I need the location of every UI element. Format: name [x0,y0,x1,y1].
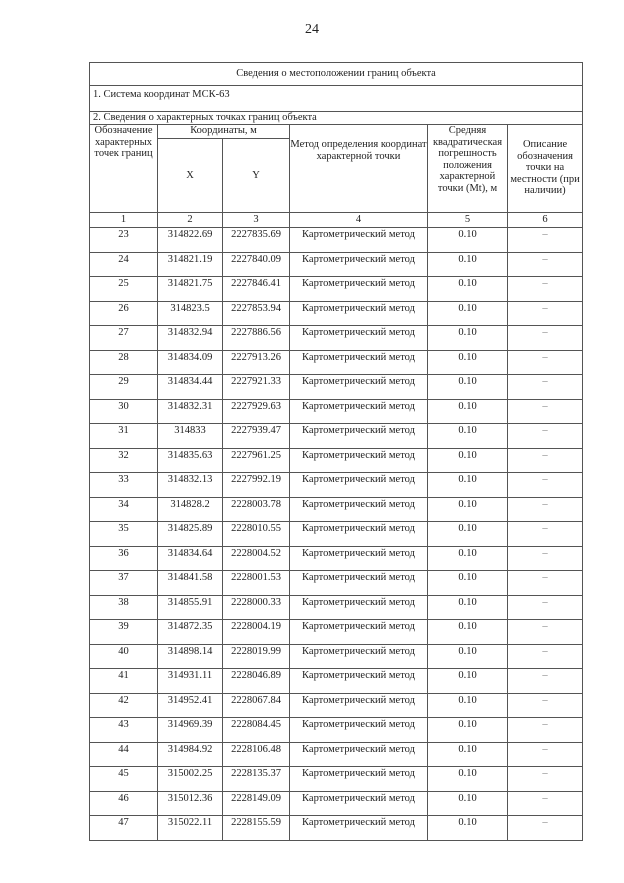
header-x: X [158,139,223,213]
description: – [508,301,583,326]
point-id: 23 [90,228,158,253]
description: – [508,767,583,792]
point-id: 27 [90,326,158,351]
description: – [508,571,583,596]
x-coordinate: 314835.63 [158,448,223,473]
method: Картометрический метод [290,301,428,326]
method: Картометрический метод [290,816,428,841]
table-row: 34314828.22228003.78Картометрический мет… [90,497,583,522]
mean-error: 0.10 [428,718,508,743]
mean-error: 0.10 [428,571,508,596]
method: Картометрический метод [290,252,428,277]
y-coordinate: 2228106.48 [223,742,290,767]
description: – [508,546,583,571]
point-id: 42 [90,693,158,718]
point-id: 47 [90,816,158,841]
table-row: 38314855.912228000.33Картометрический ме… [90,595,583,620]
y-coordinate: 2227939.47 [223,424,290,449]
description: – [508,595,583,620]
description: – [508,693,583,718]
y-coordinate: 2228046.89 [223,669,290,694]
x-coordinate: 315002.25 [158,767,223,792]
method: Картометрический метод [290,473,428,498]
method: Картометрический метод [290,497,428,522]
boundary-points-table: Сведения о местоположении границ объекта… [89,62,583,841]
table-row: 47315022.112228155.59Картометрический ме… [90,816,583,841]
x-coordinate: 314821.75 [158,277,223,302]
table-row: 313148332227939.47Картометрический метод… [90,424,583,449]
mean-error: 0.10 [428,522,508,547]
table-row: 44314984.922228106.48Картометрический ме… [90,742,583,767]
y-coordinate: 2227846.41 [223,277,290,302]
mean-error: 0.10 [428,473,508,498]
y-coordinate: 2228019.99 [223,644,290,669]
table-row: 24314821.192227840.09Картометрический ме… [90,252,583,277]
column-number: 4 [290,213,428,228]
description: – [508,669,583,694]
x-coordinate: 314898.14 [158,644,223,669]
description: – [508,252,583,277]
method: Картометрический метод [290,375,428,400]
y-coordinate: 2228135.37 [223,767,290,792]
y-coordinate: 2228155.59 [223,816,290,841]
x-coordinate: 314832.13 [158,473,223,498]
point-id: 39 [90,620,158,645]
table-row: 23314822.692227835.69Картометрический ме… [90,228,583,253]
y-coordinate: 2228084.45 [223,718,290,743]
point-id: 31 [90,424,158,449]
header-description: Описание обозначения точки на местности … [508,125,583,213]
method: Картометрический метод [290,350,428,375]
y-coordinate: 2228000.33 [223,595,290,620]
header-y: Y [223,139,290,213]
header-point-designation: Обозначение характерных точек границ [90,125,158,213]
point-id: 25 [90,277,158,302]
y-coordinate: 2228067.84 [223,693,290,718]
point-id: 46 [90,791,158,816]
header-coordinates: Координаты, м [158,125,290,139]
coordinate-system: 1. Система координат МСК-63 [90,86,583,112]
mean-error: 0.10 [428,669,508,694]
table-row: 37314841.582228001.53Картометрический ме… [90,571,583,596]
method: Картометрический метод [290,693,428,718]
x-coordinate: 314825.89 [158,522,223,547]
method: Картометрический метод [290,424,428,449]
method: Картометрический метод [290,326,428,351]
x-coordinate: 314841.58 [158,571,223,596]
column-number: 3 [223,213,290,228]
header-mean-error: Средняя квадратическая погрешность полож… [428,125,508,213]
x-coordinate: 314969.39 [158,718,223,743]
point-id: 36 [90,546,158,571]
mean-error: 0.10 [428,767,508,792]
description: – [508,326,583,351]
method: Картометрический метод [290,571,428,596]
point-id: 41 [90,669,158,694]
column-numbers-row: 1 2 3 4 5 6 [90,213,583,228]
x-coordinate: 314834.64 [158,546,223,571]
table-row: 33314832.132227992.19Картометрический ме… [90,473,583,498]
y-coordinate: 2227853.94 [223,301,290,326]
mean-error: 0.10 [428,816,508,841]
mean-error: 0.10 [428,228,508,253]
table-row: 36314834.642228004.52Картометрический ме… [90,546,583,571]
description: – [508,399,583,424]
point-id: 35 [90,522,158,547]
mean-error: 0.10 [428,424,508,449]
mean-error: 0.10 [428,546,508,571]
y-coordinate: 2227886.56 [223,326,290,351]
point-id: 32 [90,448,158,473]
method: Картометрический метод [290,669,428,694]
mean-error: 0.10 [428,448,508,473]
point-id: 37 [90,571,158,596]
column-number: 1 [90,213,158,228]
y-coordinate: 2228003.78 [223,497,290,522]
y-coordinate: 2227961.25 [223,448,290,473]
table-row: 29314834.442227921.33Картометрический ме… [90,375,583,400]
mean-error: 0.10 [428,620,508,645]
description: – [508,277,583,302]
y-coordinate: 2228001.53 [223,571,290,596]
x-coordinate: 314821.19 [158,252,223,277]
description: – [508,228,583,253]
table-row: 42314952.412228067.84Картометрический ме… [90,693,583,718]
table-row: 27314832.942227886.56Картометрический ме… [90,326,583,351]
mean-error: 0.10 [428,791,508,816]
mean-error: 0.10 [428,644,508,669]
point-id: 30 [90,399,158,424]
y-coordinate: 2227992.19 [223,473,290,498]
y-coordinate: 2227921.33 [223,375,290,400]
table-row: 43314969.392228084.45Картометрический ме… [90,718,583,743]
table-row: 39314872.352228004.19Картометрический ме… [90,620,583,645]
mean-error: 0.10 [428,350,508,375]
table-row: 40314898.142228019.99Картометрический ме… [90,644,583,669]
section-heading: 2. Сведения о характерных точках границ … [90,112,583,125]
x-coordinate: 314828.2 [158,497,223,522]
method: Картометрический метод [290,644,428,669]
description: – [508,424,583,449]
description: – [508,375,583,400]
point-id: 24 [90,252,158,277]
mean-error: 0.10 [428,497,508,522]
page-number: 24 [0,22,624,38]
y-coordinate: 2227840.09 [223,252,290,277]
point-id: 45 [90,767,158,792]
description: – [508,791,583,816]
description: – [508,718,583,743]
y-coordinate: 2228004.52 [223,546,290,571]
mean-error: 0.10 [428,595,508,620]
mean-error: 0.10 [428,742,508,767]
point-id: 40 [90,644,158,669]
table-row: 41314931.112228046.89Картометрический ме… [90,669,583,694]
point-id: 43 [90,718,158,743]
description: – [508,350,583,375]
description: – [508,644,583,669]
x-coordinate: 314931.11 [158,669,223,694]
method: Картометрический метод [290,595,428,620]
table-row: 45315002.252228135.37Картометрический ме… [90,767,583,792]
table-row: 32314835.632227961.25Картометрический ме… [90,448,583,473]
x-coordinate: 314872.35 [158,620,223,645]
x-coordinate: 314833 [158,424,223,449]
column-number: 2 [158,213,223,228]
mean-error: 0.10 [428,375,508,400]
description: – [508,742,583,767]
method: Картометрический метод [290,791,428,816]
method: Картометрический метод [290,742,428,767]
mean-error: 0.10 [428,301,508,326]
description: – [508,497,583,522]
method: Картометрический метод [290,228,428,253]
header-method: Метод определения координат характерной … [290,125,428,213]
x-coordinate: 314984.92 [158,742,223,767]
point-id: 29 [90,375,158,400]
table-row: 30314832.312227929.63Картометрический ме… [90,399,583,424]
mean-error: 0.10 [428,277,508,302]
method: Картометрический метод [290,277,428,302]
table-row: 26314823.52227853.94Картометрический мет… [90,301,583,326]
point-id: 44 [90,742,158,767]
description: – [508,522,583,547]
mean-error: 0.10 [428,252,508,277]
method: Картометрический метод [290,546,428,571]
method: Картометрический метод [290,448,428,473]
column-number: 5 [428,213,508,228]
x-coordinate: 314834.09 [158,350,223,375]
table-title: Сведения о местоположении границ объекта [90,63,583,86]
description: – [508,448,583,473]
point-id: 38 [90,595,158,620]
x-coordinate: 315022.11 [158,816,223,841]
y-coordinate: 2228010.55 [223,522,290,547]
method: Картометрический метод [290,399,428,424]
x-coordinate: 314832.94 [158,326,223,351]
method: Картометрический метод [290,718,428,743]
table-row: 28314834.092227913.26Картометрический ме… [90,350,583,375]
y-coordinate: 2227929.63 [223,399,290,424]
mean-error: 0.10 [428,693,508,718]
y-coordinate: 2228004.19 [223,620,290,645]
table-row: 35314825.892228010.55Картометрический ме… [90,522,583,547]
y-coordinate: 2227913.26 [223,350,290,375]
description: – [508,473,583,498]
y-coordinate: 2228149.09 [223,791,290,816]
x-coordinate: 314823.5 [158,301,223,326]
method: Картометрический метод [290,522,428,547]
x-coordinate: 314952.41 [158,693,223,718]
point-id: 34 [90,497,158,522]
y-coordinate: 2227835.69 [223,228,290,253]
mean-error: 0.10 [428,399,508,424]
point-id: 28 [90,350,158,375]
point-id: 26 [90,301,158,326]
mean-error: 0.10 [428,326,508,351]
point-id: 33 [90,473,158,498]
description: – [508,620,583,645]
method: Картометрический метод [290,767,428,792]
method: Картометрический метод [290,620,428,645]
x-coordinate: 314855.91 [158,595,223,620]
x-coordinate: 314822.69 [158,228,223,253]
table-row: 46315012.362228149.09Картометрический ме… [90,791,583,816]
x-coordinate: 314832.31 [158,399,223,424]
x-coordinate: 315012.36 [158,791,223,816]
table-row: 25314821.752227846.41Картометрический ме… [90,277,583,302]
description: – [508,816,583,841]
column-number: 6 [508,213,583,228]
x-coordinate: 314834.44 [158,375,223,400]
